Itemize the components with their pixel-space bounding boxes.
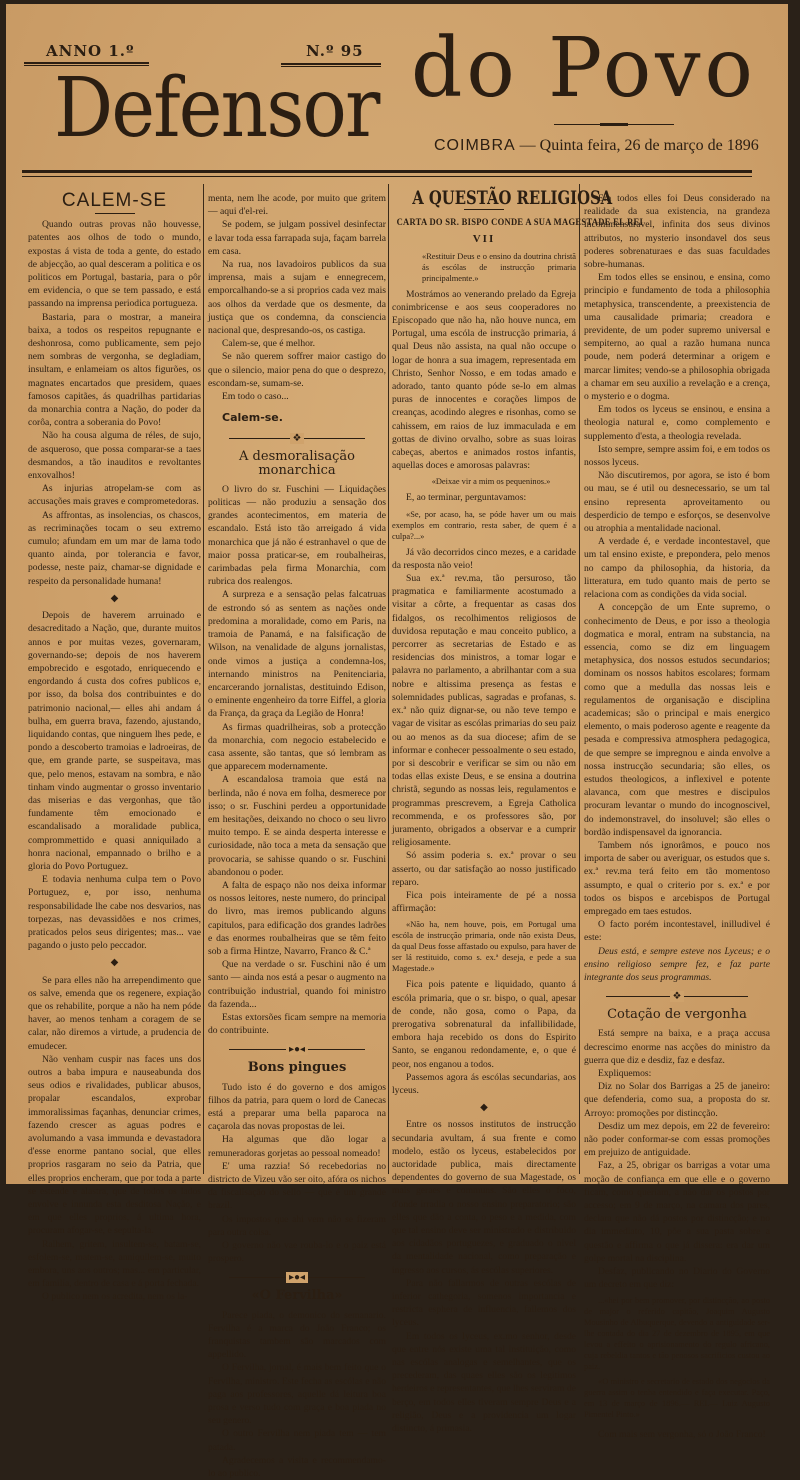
column-3: A QUESTÃO RELIGIOSA CARTA DO SR. BISPO C… — [392, 192, 576, 1186]
date: — Quinta feira, 26 de março de 1896 — [520, 137, 759, 154]
section-ornament: ❖ — [584, 990, 770, 1002]
paragraph: As affrontas, as insolencias, os chascos… — [28, 509, 201, 588]
paragraph-group: Entre os nossos institutos de instrucção… — [392, 1118, 576, 1186]
part-number: VII — [392, 233, 576, 246]
paragraph: Está sempre na baixa, e a praça accusa d… — [584, 1027, 770, 1067]
paragraph-group: Quando outras provas não houvesse, paten… — [28, 218, 201, 588]
paragraph: Que na verdade o sr. Fuschini não é um s… — [208, 958, 386, 1011]
paragraph: A falta de espaço não nos deixa informar… — [208, 879, 386, 958]
paragraph-group: Em todos elles foi Deus considerado na r… — [584, 192, 770, 945]
paragraph: Em todos elles foi Deus considerado na r… — [584, 192, 770, 271]
paragraph-group: Fica pois patente e liquidado, quanto á … — [392, 978, 576, 1097]
paragraph: Desdiz um mez depois, em 22 de fevereiro… — [584, 1120, 770, 1160]
paragraph: A concepção de um Ente supremo, o conhec… — [584, 601, 770, 839]
paragraph-group: E, ao terminar, perguntavamos: — [392, 491, 576, 504]
paragraph: Estas extorsões ficam sempre na memoria … — [208, 1011, 386, 1037]
paragraph-group: Se para elles não ha arrependimento que … — [28, 974, 201, 1186]
paragraph: Calem-se, que é melhor. — [208, 337, 386, 350]
paragraph: Em todos os lyceus se ensinou, e ensina … — [584, 403, 770, 443]
diamond-ornament: ◆ — [392, 1101, 576, 1114]
paragraph: O facto porém incontestavel, inilludivel… — [584, 918, 770, 944]
paragraph: Tudo isto é do governo e dos amigos filh… — [208, 1081, 386, 1134]
paragraph: Mostrámos ao venerando prelado da Egreja… — [392, 288, 576, 473]
newspaper-title-right: do Povo — [411, 24, 757, 114]
paragraph: Entre os nossos institutos de instrucção… — [392, 1118, 576, 1186]
paragraph: Sua ex.ª rev.ma, tão persuroso, tão prag… — [392, 572, 576, 849]
article-subtitle: CARTA DO SR. BISPO CONDE A SUA MAGESTADE… — [397, 216, 572, 229]
paragraph: E, ao terminar, perguntavamos: — [392, 491, 576, 504]
paragraph: Expliquemos: — [584, 1067, 770, 1080]
title-rule — [464, 209, 504, 210]
section-title: Cotação de vergonha — [584, 1008, 770, 1021]
paragraph: Isto sempre, sempre assim foi, e em todo… — [584, 443, 770, 469]
paragraph-group: Depois de haverem arruinado e desacredit… — [28, 609, 201, 952]
dateline: COIMBRA — Quinta feira, 26 de março de 1… — [434, 137, 759, 155]
paragraph: A escandalosa tramoia que está na berlin… — [208, 773, 386, 879]
paragraph: Na rua, nos lavadoiros publicos da sua i… — [208, 258, 386, 337]
paragraph: Quando outras provas não houvesse, paten… — [28, 218, 201, 310]
paragraph: Bastaria, para o mostrar, a maneira baix… — [28, 311, 201, 430]
paragraph: As injurias atropelam-se com as accusaçõ… — [28, 482, 201, 508]
paragraph: Depois de haverem arruinado e desacredit… — [28, 609, 201, 873]
section-title: Bons pingues — [208, 1061, 386, 1074]
paragraph: Faz, a 25, obrigar os barrigas a votar u… — [584, 1159, 770, 1186]
article-title: A QUESTÃO RELIGIOSA — [412, 192, 556, 205]
section-title: A desmoralisação monarchica — [208, 450, 386, 476]
column-divider — [579, 184, 580, 1174]
epigraph: «Restituir Deus e o ensino da doutrina c… — [422, 251, 576, 284]
paragraph: Diz no Solar dos Barrigas a 25 de janeir… — [584, 1080, 770, 1120]
paragraph: Não venham cuspir nas faces uns dos outr… — [28, 1053, 201, 1186]
paragraph: As firmas quadrilheiras, sob a protecção… — [208, 721, 386, 774]
paragraph: Não ha cousa alguma de réles, de sujo, d… — [28, 429, 201, 482]
decorative-rule — [554, 124, 674, 125]
paragraph: E' uma razzia! Só recebedorias no distri… — [208, 1160, 386, 1186]
column-4: Em todos elles foi Deus considerado na r… — [584, 192, 770, 1186]
paragraph: Fica pois patente e liquidado, quanto á … — [392, 978, 576, 1070]
paragraph: Passemos agora ás escólas secundarias, a… — [392, 1071, 576, 1097]
issue-number: N.º 95 — [306, 42, 364, 60]
city: COIMBRA — [434, 137, 516, 154]
quotation: «Não ha, nem houve, pois, em Portugal um… — [392, 919, 576, 974]
quotation: «Deixae vir a mim os pequeninos.» — [392, 476, 576, 487]
masthead-divider — [22, 170, 752, 173]
paragraph: Se para elles não ha arrependimento que … — [28, 974, 201, 1053]
section-ornament: ❖ — [208, 432, 386, 444]
paragraph: Só assim poderia s. ex.ª provar o seu as… — [392, 849, 576, 889]
signoff: Calem-se. — [222, 411, 386, 424]
paragraph-group: menta, nem lhe acode, por muito que grit… — [208, 192, 386, 403]
article-title: CALEM-SE — [28, 194, 201, 207]
newspaper-title-left: Defensor — [54, 64, 379, 154]
paragraph-group: Tudo isto é do governo e dos amigos filh… — [208, 1081, 386, 1186]
paragraph: Ha algumas que dão logar a remuneradoras… — [208, 1133, 386, 1159]
diamond-ornament: ◆ — [28, 592, 201, 605]
column-2: menta, nem lhe acode, por muito que grit… — [208, 192, 386, 1186]
paragraph-group: Está sempre na baixa, e a praça accusa d… — [584, 1027, 770, 1186]
section-ornament: ▸●◂ — [208, 1043, 386, 1055]
column-divider — [203, 184, 204, 1174]
paragraph: Já vão decorridos cinco mezes, e a carid… — [392, 546, 576, 572]
masthead: ANNO 1.º N.º 95 Defensor do Povo COIMBRA… — [6, 4, 788, 179]
paragraph: Tambem nós ignorâmos, e pouco nos import… — [584, 839, 770, 918]
italic-conclusion: Deus está, e sempre esteve nos Lyceus; e… — [584, 945, 770, 985]
diamond-ornament: ◆ — [28, 956, 201, 969]
paragraph: Em todo o caso... — [208, 390, 386, 403]
paragraph: Fica pois inteiramente de pé a nossa aff… — [392, 889, 576, 915]
newspaper-page: ANNO 1.º N.º 95 Defensor do Povo COIMBRA… — [6, 4, 788, 1184]
title-rule — [95, 213, 135, 214]
paragraph-group: Já vão decorridos cinco mezes, e a carid… — [392, 546, 576, 916]
paragraph: menta, nem lhe acode, por muito que grit… — [208, 192, 386, 218]
paragraph: O livro do sr. Fuschini — Liquidações po… — [208, 483, 386, 589]
paragraph: Em todos elles se ensinou, e ensina, com… — [584, 271, 770, 403]
paragraph: Não discutiremos, por agora, se isto é b… — [584, 469, 770, 535]
column-1: CALEM-SE Quando outras provas não houves… — [28, 192, 201, 1186]
paragraph: Se não querem soffrer maior castigo do q… — [208, 350, 386, 390]
paragraph: Se podem, se julgam possivel desinfectar… — [208, 218, 386, 258]
paragraph: A surpreza e a sensação pelas falcatruas… — [208, 588, 386, 720]
column-divider — [388, 184, 389, 1174]
paragraph: E todavia nenhuma culpa tem o Povo Portu… — [28, 873, 201, 952]
masthead-divider — [22, 176, 752, 177]
columns: CALEM-SE Quando outras provas não houves… — [22, 184, 752, 1184]
paragraph: A verdade é, e verdade incontestavel, qu… — [584, 535, 770, 601]
volume-label: ANNO 1.º — [46, 42, 135, 60]
paragraph-group: Mostrámos ao venerando prelado da Egreja… — [392, 288, 576, 473]
paragraph-group: O livro do sr. Fuschini — Liquidações po… — [208, 483, 386, 1038]
quotation: «Se, por acaso, ha, se póde haver um ou … — [392, 509, 576, 542]
